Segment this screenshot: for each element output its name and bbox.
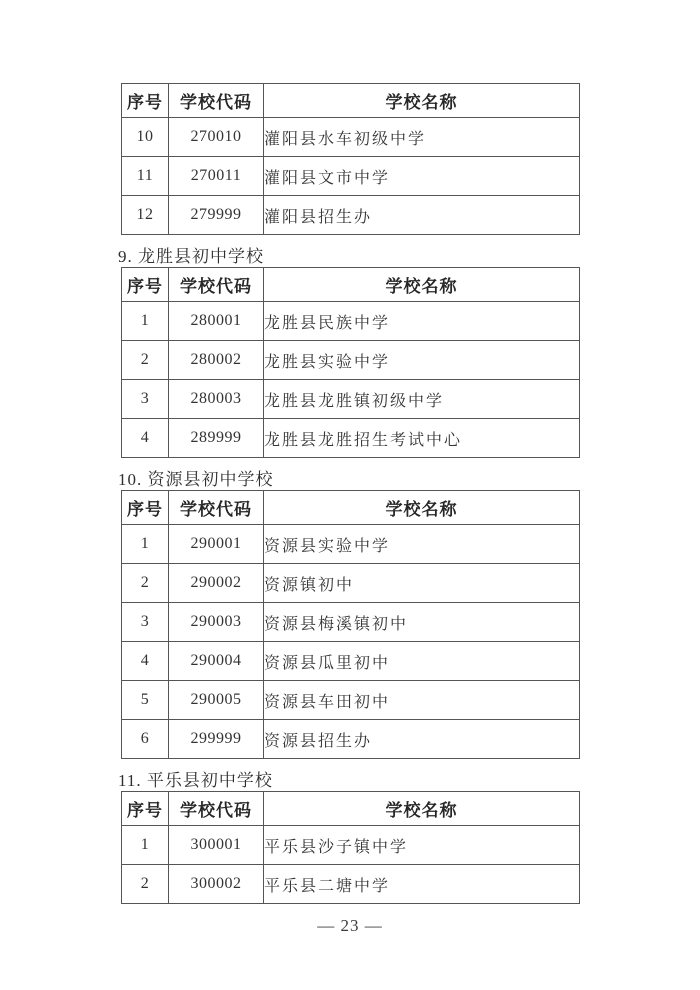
cell-name: 平乐县二塘中学 bbox=[264, 865, 580, 904]
cell-index: 2 bbox=[122, 865, 169, 904]
school-table: 序号 学校代码 学校名称 1290001资源县实验中学2290002资源镇初中3… bbox=[121, 490, 580, 759]
table-row: 10270010灌阳县水车初级中学 bbox=[122, 118, 580, 157]
cell-index: 1 bbox=[122, 302, 169, 341]
school-section: 11. 平乐县初中学校 序号 学校代码 学校名称 1300001平乐县沙子镇中学… bbox=[121, 770, 579, 904]
cell-name: 平乐县沙子镇中学 bbox=[264, 826, 580, 865]
column-header-index: 序号 bbox=[122, 84, 169, 118]
cell-index: 6 bbox=[122, 720, 169, 759]
cell-name: 龙胜县民族中学 bbox=[264, 302, 580, 341]
cell-index: 3 bbox=[122, 380, 169, 419]
cell-name: 资源镇初中 bbox=[264, 564, 580, 603]
cell-index: 2 bbox=[122, 341, 169, 380]
cell-index: 11 bbox=[122, 157, 169, 196]
column-header-name: 学校名称 bbox=[264, 268, 580, 302]
cell-name: 资源县车田初中 bbox=[264, 681, 580, 720]
cell-index: 1 bbox=[122, 826, 169, 865]
table-row: 2290002资源镇初中 bbox=[122, 564, 580, 603]
school-section: 10. 资源县初中学校 序号 学校代码 学校名称 1290001资源县实验中学2… bbox=[121, 469, 579, 759]
cell-code: 300001 bbox=[169, 826, 264, 865]
table-row: 1300001平乐县沙子镇中学 bbox=[122, 826, 580, 865]
table-row: 2300002平乐县二塘中学 bbox=[122, 865, 580, 904]
cell-name: 资源县瓜里初中 bbox=[264, 642, 580, 681]
cell-code: 279999 bbox=[169, 196, 264, 235]
cell-code: 270010 bbox=[169, 118, 264, 157]
cell-name: 资源县招生办 bbox=[264, 720, 580, 759]
school-section: 9. 龙胜县初中学校 序号 学校代码 学校名称 1280001龙胜县民族中学22… bbox=[121, 246, 579, 458]
cell-code: 270011 bbox=[169, 157, 264, 196]
page-footer: — 23 — bbox=[0, 916, 700, 936]
cell-index: 10 bbox=[122, 118, 169, 157]
cell-code: 290001 bbox=[169, 525, 264, 564]
cell-index: 12 bbox=[122, 196, 169, 235]
table-header-row: 序号 学校代码 学校名称 bbox=[122, 84, 580, 118]
table-row: 2280002龙胜县实验中学 bbox=[122, 341, 580, 380]
table-row: 4289999龙胜县龙胜招生考试中心 bbox=[122, 419, 580, 458]
table-header-row: 序号 学校代码 学校名称 bbox=[122, 268, 580, 302]
school-table: 序号 学校代码 学校名称 1300001平乐县沙子镇中学2300002平乐县二塘… bbox=[121, 791, 580, 904]
cell-index: 1 bbox=[122, 525, 169, 564]
cell-name: 龙胜县龙胜镇初级中学 bbox=[264, 380, 580, 419]
table-row: 12279999灌阳县招生办 bbox=[122, 196, 580, 235]
section-heading: 9. 龙胜县初中学校 bbox=[118, 246, 579, 267]
cell-code: 290005 bbox=[169, 681, 264, 720]
cell-code: 289999 bbox=[169, 419, 264, 458]
column-header-name: 学校名称 bbox=[264, 84, 580, 118]
cell-code: 299999 bbox=[169, 720, 264, 759]
table-row: 1290001资源县实验中学 bbox=[122, 525, 580, 564]
cell-code: 280001 bbox=[169, 302, 264, 341]
cell-index: 4 bbox=[122, 419, 169, 458]
cell-index: 2 bbox=[122, 564, 169, 603]
cell-code: 290003 bbox=[169, 603, 264, 642]
column-header-name: 学校名称 bbox=[264, 792, 580, 826]
column-header-code: 学校代码 bbox=[169, 792, 264, 826]
cell-name: 资源县实验中学 bbox=[264, 525, 580, 564]
school-table: 序号 学校代码 学校名称 10270010灌阳县水车初级中学11270011灌阳… bbox=[121, 83, 580, 235]
table-row: 11270011灌阳县文市中学 bbox=[122, 157, 580, 196]
column-header-index: 序号 bbox=[122, 268, 169, 302]
cell-index: 3 bbox=[122, 603, 169, 642]
cell-code: 290002 bbox=[169, 564, 264, 603]
table-header-row: 序号 学校代码 学校名称 bbox=[122, 491, 580, 525]
cell-name: 资源县梅溪镇初中 bbox=[264, 603, 580, 642]
school-section: 序号 学校代码 学校名称 10270010灌阳县水车初级中学11270011灌阳… bbox=[121, 83, 579, 235]
table-row: 3290003资源县梅溪镇初中 bbox=[122, 603, 580, 642]
table-row: 6299999资源县招生办 bbox=[122, 720, 580, 759]
column-header-code: 学校代码 bbox=[169, 84, 264, 118]
cell-name: 灌阳县文市中学 bbox=[264, 157, 580, 196]
section-heading: 11. 平乐县初中学校 bbox=[118, 770, 579, 791]
page-number: — 23 — bbox=[317, 916, 383, 935]
table-row: 3280003龙胜县龙胜镇初级中学 bbox=[122, 380, 580, 419]
column-header-code: 学校代码 bbox=[169, 491, 264, 525]
cell-index: 5 bbox=[122, 681, 169, 720]
cell-index: 4 bbox=[122, 642, 169, 681]
cell-code: 290004 bbox=[169, 642, 264, 681]
section-heading: 10. 资源县初中学校 bbox=[118, 469, 579, 490]
document-content: 序号 学校代码 学校名称 10270010灌阳县水车初级中学11270011灌阳… bbox=[121, 83, 579, 904]
cell-name: 灌阳县招生办 bbox=[264, 196, 580, 235]
table-row: 1280001龙胜县民族中学 bbox=[122, 302, 580, 341]
table-header-row: 序号 学校代码 学校名称 bbox=[122, 792, 580, 826]
school-table: 序号 学校代码 学校名称 1280001龙胜县民族中学2280002龙胜县实验中… bbox=[121, 267, 580, 458]
cell-name: 灌阳县水车初级中学 bbox=[264, 118, 580, 157]
table-row: 4290004资源县瓜里初中 bbox=[122, 642, 580, 681]
column-header-code: 学校代码 bbox=[169, 268, 264, 302]
cell-code: 300002 bbox=[169, 865, 264, 904]
cell-code: 280003 bbox=[169, 380, 264, 419]
table-row: 5290005资源县车田初中 bbox=[122, 681, 580, 720]
column-header-name: 学校名称 bbox=[264, 491, 580, 525]
cell-name: 龙胜县龙胜招生考试中心 bbox=[264, 419, 580, 458]
cell-name: 龙胜县实验中学 bbox=[264, 341, 580, 380]
column-header-index: 序号 bbox=[122, 491, 169, 525]
cell-code: 280002 bbox=[169, 341, 264, 380]
column-header-index: 序号 bbox=[122, 792, 169, 826]
